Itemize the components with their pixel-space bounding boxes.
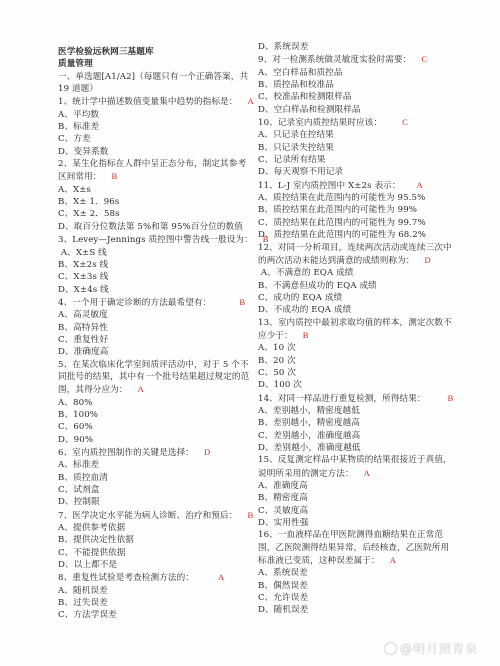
option-b: B、只记录失控结果 [258,142,458,154]
question-15: 15、反复测定样品中某物质的结果很接近于真值， 说明所采用的测定方法：A A、准… [258,454,458,529]
option-b: B、高特异性 [58,322,248,334]
question-stem: 的两次活动未能达到满意的成绩则称为：D [258,254,458,267]
watermark-logo-icon [384,642,397,655]
document-page: 医学检验远秋网三基题库 质量管理 一、单选题[A1/A2]（每题只有一个正确答案… [0,0,500,666]
option-a: A、不满意的 EQA 成绩 [258,267,458,279]
question-text: 10、记录室内质控结果时应该： [258,118,382,128]
question-text: 1、统计学中描述数值变量集中趋势的指标是： [58,97,237,107]
question-stem: 应少于：B [258,329,458,342]
option-a: A、10 次 [258,342,458,354]
option-c: C、质控结果在此范围内的可能性为 99.7% [258,217,458,229]
instructions-line-2: 19 道题） [58,83,248,95]
question-8: 8、重复性试验是考查检测方法的：A A、随机误差 B、过失误差 C、方法学误差 [58,571,248,621]
option-b: B、提供决定性依据 [58,534,248,546]
option-c: C、方差 [58,133,248,145]
question-text: 同批号的结果，其中有一个批号结果超过规定的范 [58,371,248,383]
question-text: 围，乙医院测得结果异常，后经核查，乙医院所用 [258,542,458,554]
option-a: A、质控结果在此范围内的可能性为 95.5% [258,192,458,204]
answer-key: D [204,447,210,457]
option-c: C、校准品和检测限样品 [258,91,458,103]
option-b: B、不满意但成功的 EQA 成绩 [258,280,458,292]
answer-key: C [421,54,427,64]
question-stem: 1、统计学中描述数值变量集中趋势的指标是：A [58,95,248,108]
question-stem: 3、Levey—Jennings 质控图中警告线一般设为：B [58,233,248,246]
option-b: B、差别越小，精密度越高 [258,417,458,429]
option-b: B、质控品和校准品 [258,79,458,91]
question-12: 12、对同一分析项目，连续两次活动或连续三次中 的两次活动未能达到满意的成绩则称… [258,242,458,317]
question-stem: 11、L-J 室内质控图中 X±2s 表示：A [258,179,458,192]
document-title: 医学检验远秋网三基题库 [58,46,248,58]
option-d: D、准确度高 [58,346,248,358]
question-text: 标准液已变质，这种误差属于： [258,556,380,566]
option-c: C、试剂盒 [58,484,248,496]
option-b: B、X± 1．96s [58,196,248,208]
section-heading: 质量管理 [58,58,248,70]
option-c: C、60% [58,421,248,433]
answer-key: A [247,96,253,106]
question-stem: 说明所采用的测定方法：A [258,467,458,480]
question-stem: 围，其得分应为：A [58,383,248,396]
option-d: D、质控结果在此范围内的可能性为 68.2% [258,229,458,241]
question-stem: 7、医学决定水平能为病人诊断、治疗和预后：B [58,509,248,522]
option-a: A、80% [58,397,248,409]
question-2: 2、某生化指标在人群中呈正态分布，制定其参考 区间常用：B A、X±s B、X±… [58,158,248,233]
option-c: C、灵敏度高 [258,505,458,517]
option-d: D、X±4s 线 [58,284,248,296]
answer-key: A [390,555,396,565]
instructions-line-1: 一、单选题[A1/A2]（每题只有一个正确答案，共 [58,71,248,83]
question-text: 16、一血液样品在甲医院测得血糖结果在正常范 [258,529,458,541]
option-d: D、控制限 [58,496,248,508]
question-text: 8、重复性试验是考查检测方法的： [58,573,194,583]
option-a: A、差别越小，精密度越低 [258,405,458,417]
answer-key: B [239,297,245,307]
question-stem: 9、对一检测系统做灵敏度实验时需要：C [258,53,458,66]
question-text: 区间常用： [58,172,101,182]
question-text: 围，其得分应为： [58,385,128,395]
answer-key: B [448,393,454,403]
question-stem: 10、记录室内质控结果时应该：C [258,116,458,129]
option-c: C、50 次 [258,367,458,379]
question-text: 4、一个用于确定诊断的方法最希望有： [58,298,211,308]
question-13: 13、室内质控中最初求取均值的样本，测定次数不 应少于：B A、10 次 B、2… [258,317,458,392]
option-b: B、过失误差 [58,597,248,609]
question-text: 5、在某次临床化学室间质评活动中，对于 5 个不 [58,359,248,371]
question-text: 说明所采用的测定方法： [258,469,354,479]
question-text: 3、Levey—Jennings 质控图中警告线一般设为： [58,235,253,245]
question-11: 11、L-J 室内质控图中 X±2s 表示：A A、质控结果在此范围内的可能性为… [258,179,458,242]
answer-key: C [402,117,408,127]
watermark-text: @明月照青泉 [400,642,478,656]
option-d: D、100 次 [258,379,458,391]
option-d: D、实用性强 [258,517,458,529]
answer-key: A [417,180,423,190]
question-text: 12、对同一分析项目，连续两次活动或连续三次中 [258,242,458,254]
answer-key: B [111,171,117,181]
question-4: 4、一个用于确定诊断的方法最希望有：B A、高灵敏度 B、高特异性 C、重复性好… [58,296,248,359]
question-14: 14、对同一样品进行重复检测，所得结果：B A、差别越小，精密度越低 B、差别越… [258,392,458,455]
left-column: 医学检验远秋网三基题库 质量管理 一、单选题[A1/A2]（每题只有一个正确答案… [58,46,248,622]
question-5: 5、在某次临床化学室间质评活动中，对于 5 个不 同批号的结果，其中有一个批号结… [58,359,248,446]
answer-key: B [247,510,253,520]
option-d: D、取百分位数法第 5%和第 95%百分位的数值 [58,221,248,233]
question-text: 应少于： [258,331,293,341]
option-a: A、提供参考依据 [58,522,248,534]
question-text: 13、室内质控中最初求取均值的样本，测定次数不 [258,317,458,329]
option-a: A、系统误差 [258,567,458,579]
option-d: D、不成功的 EQA 成绩 [258,304,458,316]
question-text: 6、室内质控图制作的关键是选择： [58,448,194,458]
option-a: A、随机误差 [58,585,248,597]
question-text: 9、对一检测系统做灵敏度实验时需要： [258,55,411,65]
question-stem: 6、室内质控图制作的关键是选择：D [58,446,248,459]
option-b: B、100% [58,409,248,421]
question-text: 14、对同一样品进行重复检测，所得结果： [258,394,426,404]
question-9: 9、对一检测系统做灵敏度实验时需要：C A、空白样品和质控品 B、质控品和校准品… [258,53,458,116]
option-c: C、X± 2．58s [58,208,248,220]
question-text: 11、L-J 室内质控图中 X±2s 表示： [258,181,401,191]
option-b: B、质控血清 [58,472,248,484]
question-text: 15、反复测定样品中某物质的结果很接近于真值， [258,454,458,466]
option-d: D、变异系数 [58,146,248,158]
option-c: C、记录所有结果 [258,154,458,166]
option-d: D、差别越小，准确度越低 [258,442,458,454]
question-text: 的两次活动未能达到满意的成绩则称为： [258,256,415,266]
option-a: A、只记录在控结果 [258,129,458,141]
option-a: A、X±S 线 [58,247,248,259]
question-1: 1、统计学中描述数值变量集中趋势的指标是：A A、平均数 B、标准差 C、方差 … [58,95,248,158]
option-c: C、X±3s 线 [58,271,248,283]
answer-key: B [303,330,309,340]
question-stem: 标准液已变质，这种误差属于：A [258,554,458,567]
option-b: B、质控结果在此范围内的可能性为 99% [258,204,458,216]
answer-key: A [138,384,144,394]
option-a: A、高灵敏度 [58,309,248,321]
option-d: D、90% [58,434,248,446]
question-6: 6、室内质控图制作的关键是选择：D A、标准差 B、质控血清 C、试剂盒 D、控… [58,446,248,509]
watermark: @明月照青泉 [384,640,478,657]
option-d: D、以上都不是 [58,559,248,571]
answer-key: A [364,468,370,478]
option-b: B、20 次 [258,355,458,367]
question-stem: 区间常用：B [58,170,248,183]
option-b: B、精密度高 [258,492,458,504]
question-text: 7、医学决定水平能为病人诊断、治疗和预后： [58,511,237,521]
option-b: B、标准差 [58,121,248,133]
option-c: C、差别越小，准确度越高 [258,430,458,442]
option-a: A、X±s [58,184,248,196]
option-d: D、空白样品和检测限样品 [258,104,458,116]
question-stem: 4、一个用于确定诊断的方法最希望有：B [58,296,248,309]
question-10: 10、记录室内质控结果时应该：C A、只记录在控结果 B、只记录失控结果 C、记… [258,116,458,179]
option-a: A、准确度高 [258,480,458,492]
question-16: 16、一血液样品在甲医院测得血糖结果在正常范 围，乙医院测得结果异常，后经核查，… [258,529,458,616]
question-text: 2、某生化指标在人群中呈正态分布，制定其参考 [58,158,248,170]
answer-key: A [218,572,224,582]
answer-key: D [425,255,431,265]
option-b: B、X±2s 线 [58,259,248,271]
option-d: D、每天观察不用记录 [258,166,458,178]
option-d: D、随机误差 [258,604,458,616]
option-a: A、空白样品和质控品 [258,67,458,79]
option-c: C、允许误差 [258,592,458,604]
option-d: D、系统误差 [258,41,458,53]
option-c: C、成功的 EQA 成绩 [258,292,458,304]
question-stem: 8、重复性试验是考查检测方法的：A [58,571,248,584]
option-a: A、标准差 [58,459,248,471]
option-b: B、偶然误差 [258,580,458,592]
question-3: 3、Levey—Jennings 质控图中警告线一般设为：B A、X±S 线 B… [58,233,248,296]
question-stem: 14、对同一样品进行重复检测，所得结果：B [258,392,458,405]
question-7: 7、医学决定水平能为病人诊断、治疗和预后：B A、提供参考依据 B、提供决定性依… [58,509,248,572]
option-a: A、平均数 [58,109,248,121]
option-c: C、方法学误差 [58,609,248,621]
option-c: C、重复性好 [58,334,248,346]
option-c: C、不能提供依据 [58,547,248,559]
right-column: D、系统误差 9、对一检测系统做灵敏度实验时需要：C A、空白样品和质控品 B、… [258,41,458,617]
